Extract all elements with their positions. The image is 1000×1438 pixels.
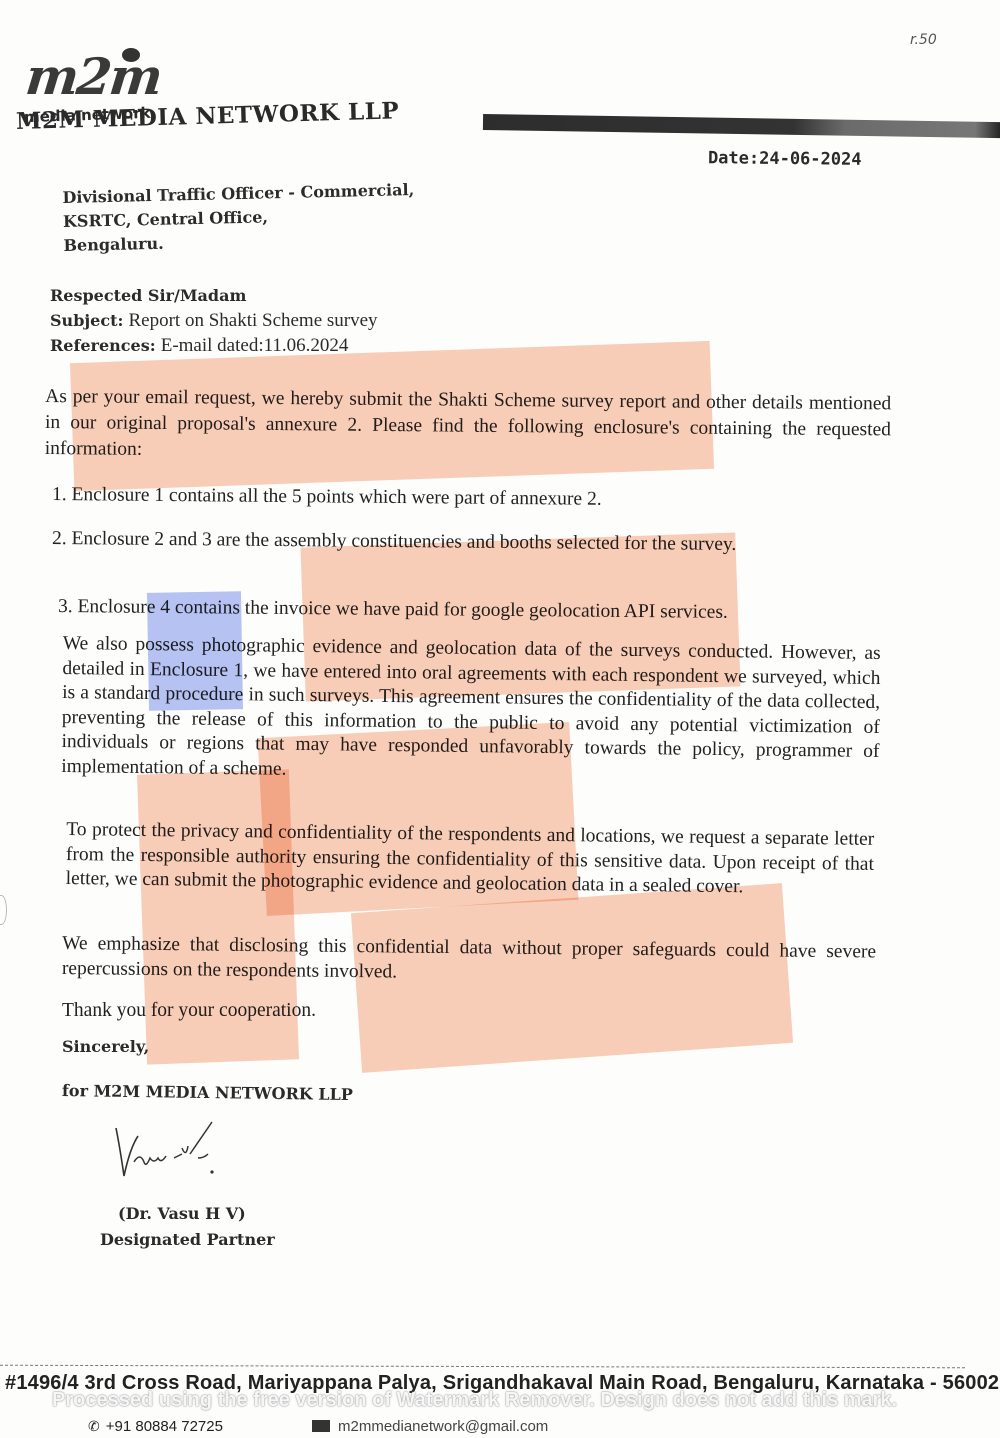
enclosure-item-1: 1. Enclosure 1 contains all the 5 points… (52, 482, 872, 515)
footer-divider (0, 1365, 965, 1369)
evidence-paragraph: We also possess photographic evidence an… (61, 632, 881, 789)
footer-email-address: m2mmedianetwork@gmail.com (338, 1418, 548, 1435)
references-line: References: E-mail dated:11.06.2024 (50, 333, 378, 358)
salutation-block: Respected Sir/Madam Subject: Report on S… (50, 283, 378, 358)
recipient-address: Divisional Traffic Officer - Commercial,… (62, 178, 415, 258)
logo-mark: m2m (23, 52, 163, 102)
references-label: References: (50, 336, 156, 355)
privacy-paragraph: To protect the privacy and confidentiali… (66, 818, 875, 901)
references-value: E-mail dated:11.06.2024 (161, 335, 349, 356)
header-divider-bar (483, 114, 1000, 138)
phone-icon: ✆ (88, 1418, 100, 1434)
mail-icon (312, 1420, 330, 1432)
processing-watermark: Processed using the free version of Wate… (52, 1389, 897, 1412)
closing-sincerely: Sincerely, (62, 1037, 149, 1056)
thanks-line: Thank you for your cooperation. (62, 998, 462, 1024)
enclosure-item-2: 2. Enclosure 2 and 3 are the assembly co… (52, 526, 886, 559)
footer-email: m2mmedianetwork@gmail.com (312, 1418, 548, 1435)
intro-paragraph: As per your email request, we hereby sub… (45, 384, 892, 469)
subject-label: Subject: (50, 311, 123, 330)
subject-value: Report on Shakti Scheme survey (128, 310, 377, 331)
footer-phone: ✆+91 80884 72725 (88, 1418, 223, 1435)
closing-company: for M2M MEDIA NETWORK LLP (62, 1081, 353, 1104)
company-logo: m2m media network (18, 22, 208, 112)
footer-phone-number: +91 80884 72725 (106, 1418, 223, 1435)
letter-page: m2m media network M2M MEDIA NETWORK LLP … (0, 0, 1000, 1438)
signatory-title: Designated Partner (100, 1226, 275, 1254)
punch-hole-mark (0, 895, 7, 925)
signature-icon (112, 1118, 232, 1182)
enclosure-item-3: 3. Enclosure 4 contains the invoice we h… (58, 594, 888, 627)
handwritten-page-note: r.50 (910, 32, 937, 48)
signatory-name: (Dr. Vasu H V) (118, 1200, 246, 1228)
subject-line: Subject: Report on Shakti Scheme survey (50, 308, 378, 333)
letter-date: Date:24-06-2024 (708, 148, 862, 170)
salutation: Respected Sir/Madam (50, 286, 246, 305)
emphasis-paragraph: We emphasize that disclosing this confid… (62, 932, 876, 990)
